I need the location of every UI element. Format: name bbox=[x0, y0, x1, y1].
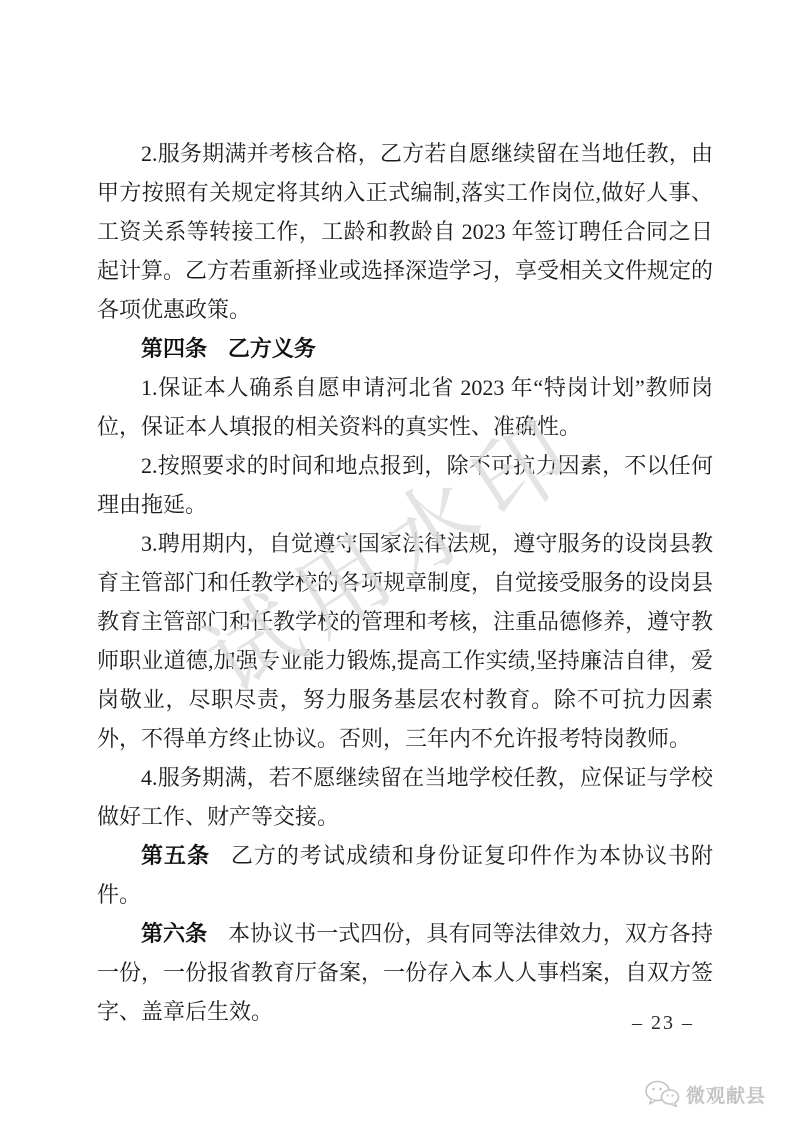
paragraph: 4.服务期满，若不愿继续留在当地学校任教，应保证与学校做好工作、财产等交接。 bbox=[97, 758, 713, 836]
logo-text: 微观献县 bbox=[686, 1081, 766, 1108]
wechat-bubbles-icon bbox=[644, 1080, 680, 1108]
article-heading: 第四条乙方义务 bbox=[97, 329, 713, 368]
publisher-logo: 微观献县 bbox=[644, 1080, 766, 1108]
paragraph: 2.按照要求的时间和地点报到，除不可抗力因素，不以任何理由拖延。 bbox=[97, 446, 713, 524]
paragraph: 1.保证本人确系自愿申请河北省 2023 年“特岗计划”教师岗位，保证本人填报的… bbox=[97, 368, 713, 446]
article-label: 第四条 bbox=[141, 336, 207, 361]
document-page: 2.服务期满并考核合格，乙方若自愿继续留在当地任教，由甲方按照有关规定将其纳入正… bbox=[0, 0, 794, 1123]
paragraph: 第五条乙方的考试成绩和身份证复印件作为本协议书附件。 bbox=[97, 836, 713, 914]
paragraph: 2.服务期满并考核合格，乙方若自愿继续留在当地任教，由甲方按照有关规定将其纳入正… bbox=[97, 134, 713, 329]
paragraph: 3.聘用期内，自觉遵守国家法律法规，遵守服务的设岗县教育主管部门和任教学校的各项… bbox=[97, 524, 713, 758]
page-number: – 23 – bbox=[632, 1012, 694, 1035]
article-label: 第六条 bbox=[141, 921, 207, 946]
document-body: 2.服务期满并考核合格，乙方若自愿继续留在当地任教，由甲方按照有关规定将其纳入正… bbox=[97, 134, 713, 1031]
paragraph: 第六条本协议书一式四份，具有同等法律效力，双方各持一份，一份报省教育厅备案，一份… bbox=[97, 914, 713, 1031]
article-label: 第五条 bbox=[141, 843, 210, 868]
